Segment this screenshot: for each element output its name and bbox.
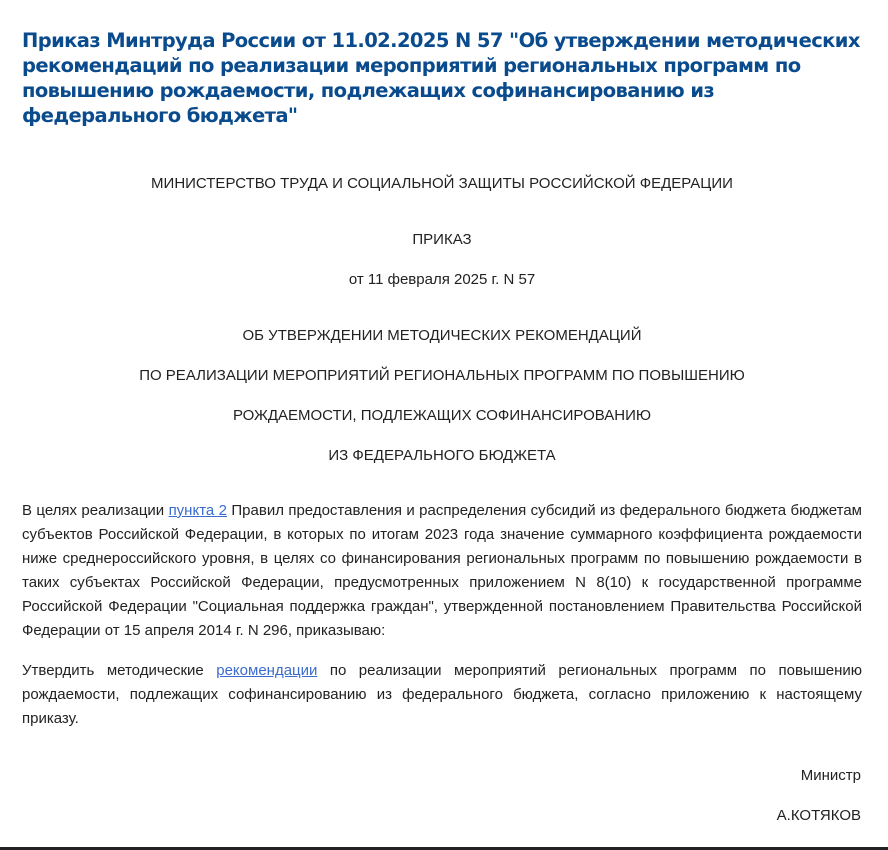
preamble-text-end: Правил предоставления и распределения су… xyxy=(22,502,862,639)
signatory-position: Министр xyxy=(801,767,861,785)
preamble-text-start: В целях реализации xyxy=(22,502,169,519)
preamble-paragraph: В целях реализации пункта 2 Правил предо… xyxy=(22,499,862,643)
heading-line: ИЗ ФЕДЕРАЛЬНОГО БЮДЖЕТА xyxy=(0,447,884,465)
heading-line: ОБ УТВЕРЖДЕНИИ МЕТОДИЧЕСКИХ РЕКОМЕНДАЦИЙ xyxy=(0,327,884,345)
document-date-number: от 11 февраля 2025 г. N 57 xyxy=(0,271,884,289)
link-recommendations[interactable]: рекомендации xyxy=(216,662,317,679)
heading-line: РОЖДАЕМОСТИ, ПОДЛЕЖАЩИХ СОФИНАНСИРОВАНИЮ xyxy=(0,407,884,425)
document-page: Приказ Минтруда России от 11.02.2025 N 5… xyxy=(0,0,888,846)
ministry-name: МИНИСТЕРСТВО ТРУДА И СОЦИАЛЬНОЙ ЗАЩИТЫ Р… xyxy=(0,175,884,193)
link-punkt-2[interactable]: пункта 2 xyxy=(169,502,227,519)
order-text-start: Утвердить методические xyxy=(22,662,216,679)
order-paragraph: Утвердить методические рекомендации по р… xyxy=(22,659,862,731)
document-title: Приказ Минтруда России от 11.02.2025 N 5… xyxy=(22,28,872,128)
document-type: ПРИКАЗ xyxy=(0,231,884,249)
heading-line: ПО РЕАЛИЗАЦИИ МЕРОПРИЯТИЙ РЕГИОНАЛЬНЫХ П… xyxy=(0,367,884,385)
signatory-name: А.КОТЯКОВ xyxy=(777,807,861,825)
